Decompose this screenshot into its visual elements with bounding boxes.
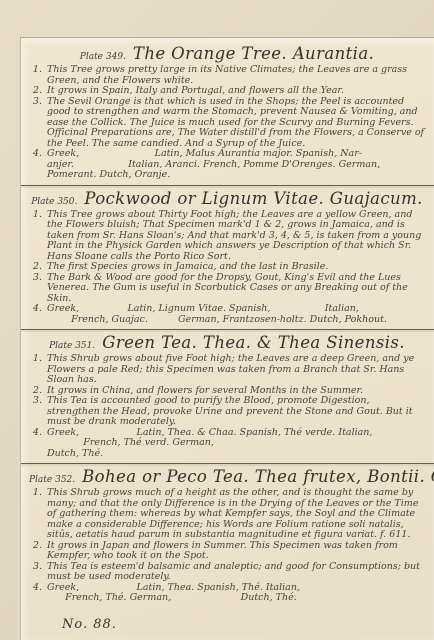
section-divider xyxy=(21,463,434,464)
item-text: The Sevil Orange is that which is used i… xyxy=(47,97,425,150)
sections: Plate 349.The Orange Tree. Aurantia. 1.T… xyxy=(29,44,425,604)
item-text: It grows in Japan and flowers in Summer.… xyxy=(47,541,425,562)
list-item: 3.The Bark & Wood are good for the Drops… xyxy=(29,273,425,305)
item-number: 3. xyxy=(29,562,42,573)
scanned-page-background: Plate 349.The Orange Tree. Aurantia. 1.T… xyxy=(0,0,434,640)
item-text: This Tree grows pretty large in its Nati… xyxy=(47,65,425,86)
list-item: 1.This Tree grows about Thirty Foot high… xyxy=(29,210,425,263)
plate-number-label: Plate 351. xyxy=(49,341,95,351)
list-item: 3.This Tea is esteem'd balsamic and anal… xyxy=(29,562,425,583)
item-number: 4. xyxy=(29,583,42,594)
item-number: 2. xyxy=(29,262,42,273)
list-item: 1.This Shrub grows much of a height as t… xyxy=(29,488,425,541)
item-list: 1.This Tree grows pretty large in its Na… xyxy=(29,65,425,181)
item-number: 3. xyxy=(29,273,42,284)
item-list: 1.This Shrub grows much of a height as t… xyxy=(29,488,425,604)
list-item: 4.Greek, Latin, Thea. & Chaa. Spanish, T… xyxy=(29,428,425,460)
item-text: This Tea is accounted good to purify the… xyxy=(47,396,425,428)
item-text: The first Species grows in Jamaica, and … xyxy=(47,262,425,273)
item-list: 1.This Tree grows about Thirty Foot high… xyxy=(29,210,425,326)
item-number: 2. xyxy=(29,541,42,552)
section-heading: Plate 352.Bohea or Peco Tea. Thea frutex… xyxy=(29,467,425,486)
plate-section: Plate 350.Pockwood or Lignum Vitae. Guaj… xyxy=(29,189,425,326)
list-item: 2.It grows in Spain, Italy and Portugal,… xyxy=(29,86,425,97)
item-number: 1. xyxy=(29,65,42,76)
item-number: 1. xyxy=(29,354,42,365)
item-text: This Shrub grows about five Foot high; t… xyxy=(47,354,425,386)
item-text: This Tea is esteem'd balsamic and analep… xyxy=(47,562,425,583)
section-heading: Plate 351.Green Tea. Thea. & Thea Sinens… xyxy=(29,333,425,352)
list-item: 4.Greek, Latin, Lignum Vitae. Spanish, I… xyxy=(29,304,425,325)
list-item: 1.This Shrub grows about five Foot high;… xyxy=(29,354,425,386)
section-heading: Plate 349.The Orange Tree. Aurantia. xyxy=(29,44,425,63)
item-number: 1. xyxy=(29,488,42,499)
list-item: 4.Greek, Latin, Thea. Spanish, Thé. Ital… xyxy=(29,583,425,604)
section-title: Bohea or Peco Tea. Thea frutex, Bontii. … xyxy=(82,467,434,486)
item-text: This Tree grows about Thirty Foot high; … xyxy=(47,210,425,263)
item-text: Greek, Latin, Thea. & Chaa. Spanish, Thé… xyxy=(47,428,425,460)
plate-section: Plate 352.Bohea or Peco Tea. Thea frutex… xyxy=(29,467,425,604)
section-title: The Orange Tree. Aurantia. xyxy=(133,44,374,63)
item-text: The Bark & Wood are good for the Dropsy,… xyxy=(47,273,425,305)
item-text: Greek, Latin, Lignum Vitae. Spanish, Ita… xyxy=(47,304,425,325)
section-title: Pockwood or Lignum Vitae. Guajacum. xyxy=(84,189,422,208)
section-divider xyxy=(21,185,434,186)
list-item: 2.The first Species grows in Jamaica, an… xyxy=(29,262,425,273)
plate-number-label: Plate 350. xyxy=(31,197,77,207)
item-number: 2. xyxy=(29,86,42,97)
page-number-label: No. 88. xyxy=(62,617,425,632)
item-text: It grows in Spain, Italy and Portugal, a… xyxy=(47,86,425,97)
section-divider xyxy=(21,329,434,330)
list-item: 1.This Tree grows pretty large in its Na… xyxy=(29,65,425,86)
plate-section: Plate 349.The Orange Tree. Aurantia. 1.T… xyxy=(29,44,425,181)
item-number: 4. xyxy=(29,428,42,439)
list-item: 3.The Sevil Orange is that which is used… xyxy=(29,97,425,150)
list-item: 4.Greek, Latin, Malus Aurantia major. Sp… xyxy=(29,149,425,181)
item-text: This Shrub grows much of a height as the… xyxy=(47,488,425,541)
plate-section: Plate 351.Green Tea. Thea. & Thea Sinens… xyxy=(29,333,425,459)
document-page: Plate 349.The Orange Tree. Aurantia. 1.T… xyxy=(20,37,434,640)
item-number: 4. xyxy=(29,149,42,160)
item-number: 4. xyxy=(29,304,42,315)
plate-number-label: Plate 349. xyxy=(80,52,126,62)
item-text: Greek, Latin, Thea. Spanish, Thé. Italia… xyxy=(47,583,425,604)
item-number: 1. xyxy=(29,210,42,221)
item-list: 1.This Shrub grows about five Foot high;… xyxy=(29,354,425,459)
section-heading: Plate 350.Pockwood or Lignum Vitae. Guaj… xyxy=(29,189,425,208)
item-number: 3. xyxy=(29,97,42,108)
list-item: 3.This Tea is accounted good to purify t… xyxy=(29,396,425,428)
plate-number-label: Plate 352. xyxy=(29,475,75,485)
item-number: 3. xyxy=(29,396,42,407)
item-text: Greek, Latin, Malus Aurantia major. Span… xyxy=(47,149,425,181)
list-item: 2.It grows in Japan and flowers in Summe… xyxy=(29,541,425,562)
section-title: Green Tea. Thea. & Thea Sinensis. xyxy=(102,333,405,352)
